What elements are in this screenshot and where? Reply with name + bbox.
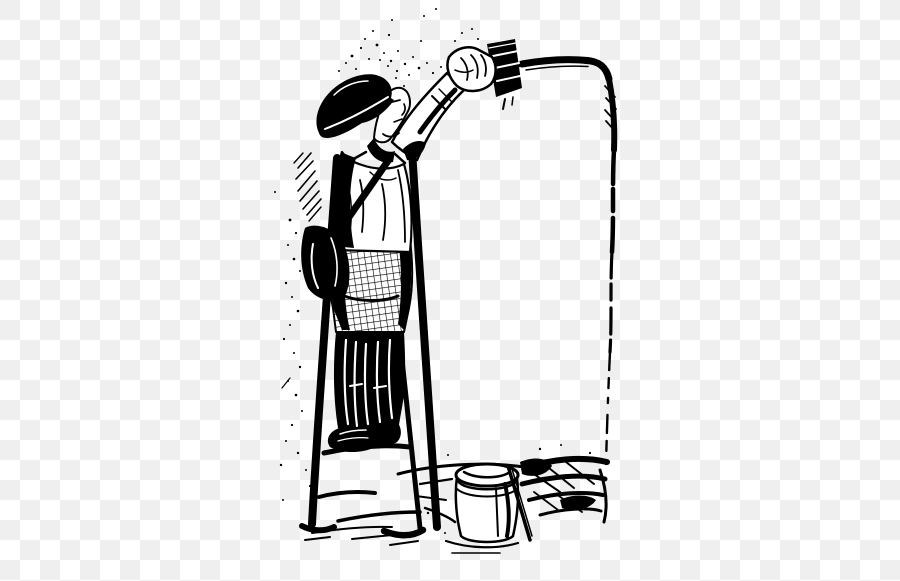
frame-corner (586, 61, 609, 80)
frame-border (514, 60, 616, 522)
hand (447, 47, 495, 91)
paint-drip (503, 99, 505, 109)
legs (334, 332, 405, 434)
shirt (331, 152, 412, 252)
painter (301, 39, 522, 452)
frame-right-edge-mid (612, 150, 614, 252)
frame-top-bar (522, 60, 588, 64)
frame-right-edge-lower (606, 352, 610, 464)
ladder-rung-lower (319, 492, 375, 497)
shoe-front (328, 426, 377, 452)
frame-top-bar-underline (526, 66, 588, 70)
painter-illustration: Black and white vintage engraving: a man… (0, 0, 900, 581)
collar-stroke-left (350, 152, 366, 161)
head (316, 74, 410, 163)
paint-bucket (456, 464, 532, 542)
collar-stroke-right (395, 154, 405, 163)
frame-right-edge-mid2 (610, 252, 612, 352)
hand-base (447, 47, 495, 91)
floor-patch-right (520, 459, 607, 515)
transparent-canvas: Black and white vintage engraving: a man… (0, 0, 900, 581)
